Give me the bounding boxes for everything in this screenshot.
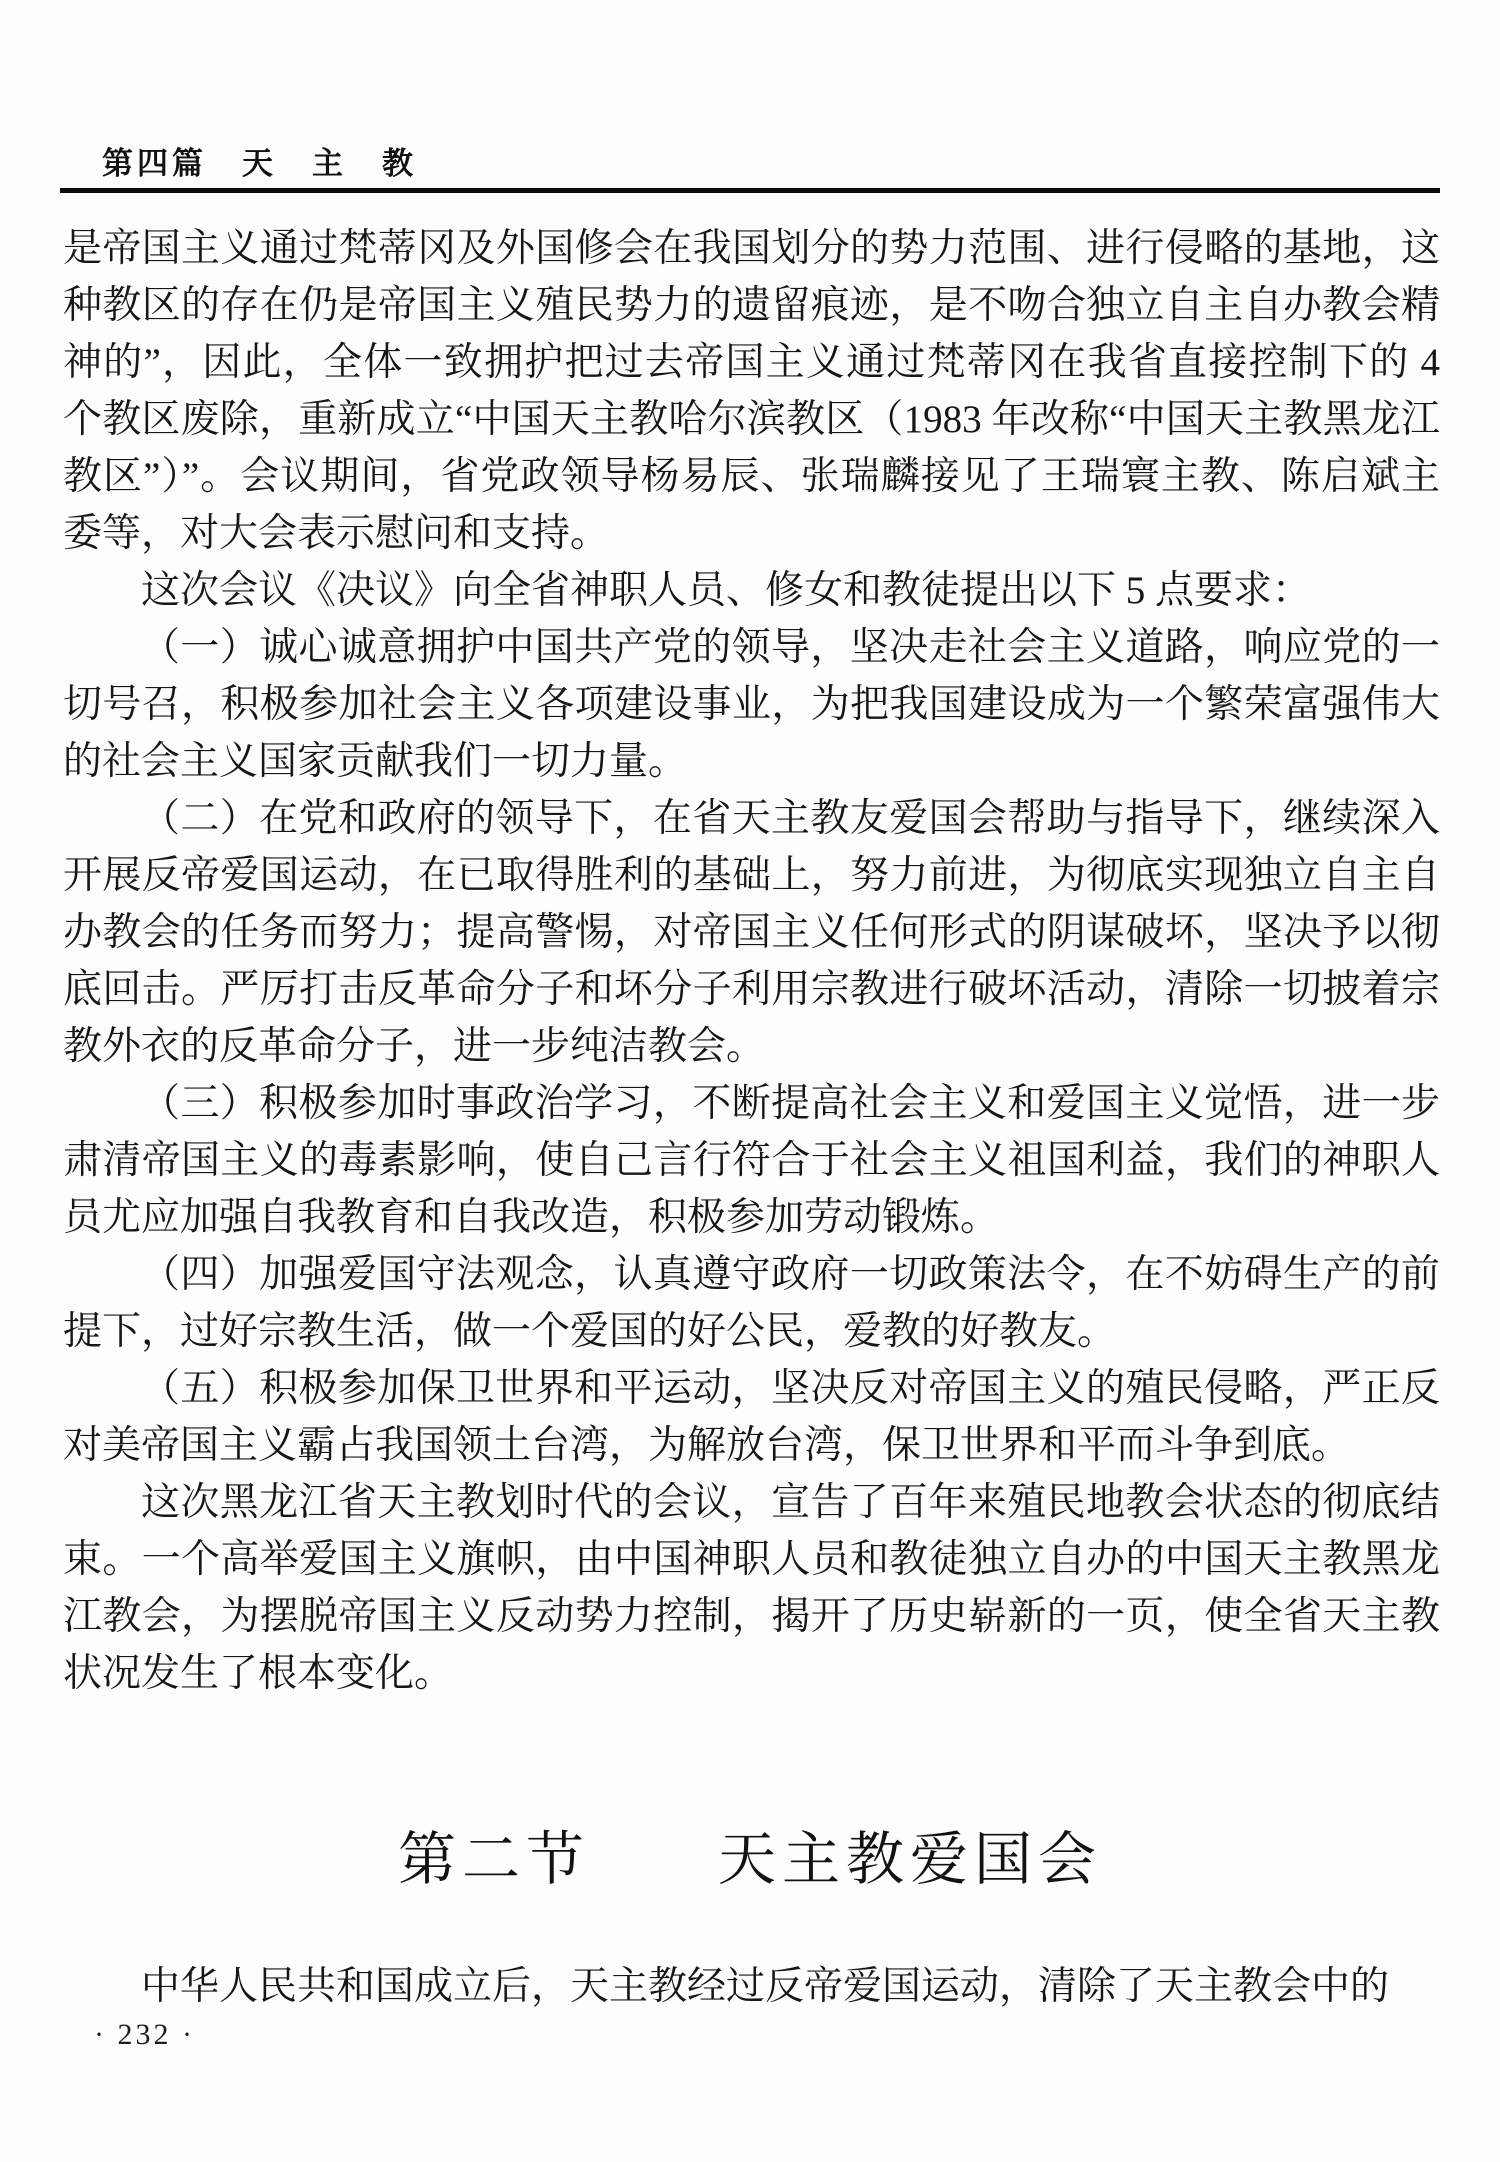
running-header: 第四篇 天 主 教 bbox=[102, 138, 417, 183]
paragraph-requirements-intro: 这次会议《决议》向全省神职人员、修女和教徒提出以下 5 点要求： bbox=[63, 562, 1440, 619]
paragraph-continuation: 是帝国主义通过梵蒂冈及外国修会在我国划分的势力范围、进行侵略的基地，这种教区的存… bbox=[63, 220, 1440, 562]
paragraph-point-4: （四）加强爱国守法观念，认真遵守政府一切政策法令，在不妨碍生产的前提下，过好宗教… bbox=[63, 1246, 1440, 1360]
paragraph-point-2: （二）在党和政府的领导下，在省天主教友爱国会帮助与指导下，继续深入开展反帝爱国运… bbox=[63, 790, 1440, 1075]
paragraph-point-5: （五）积极参加保卫世界和平运动，坚决反对帝国主义的殖民侵略，严正反对美帝国主义霸… bbox=[63, 1360, 1440, 1474]
body-text-block: 是帝国主义通过梵蒂冈及外国修会在我国划分的势力范围、进行侵略的基地，这种教区的存… bbox=[63, 220, 1440, 1702]
paragraph-point-1: （一）诚心诚意拥护中国共产党的领导，坚决走社会主义道路，响应党的一切号召，积极参… bbox=[63, 619, 1440, 790]
paragraph-point-3: （三）积极参加时事政治学习，不断提高社会主义和爱国主义觉悟，进一步肃清帝国主义的… bbox=[63, 1075, 1440, 1246]
next-section-opening-paragraph: 中华人民共和国成立后，天主教经过反帝爱国运动，清除了天主教会中的 bbox=[63, 1958, 1440, 2015]
header-rule-divider bbox=[60, 188, 1440, 193]
paragraph-conclusion: 这次黑龙江省天主教划时代的会议，宣告了百年来殖民地教会状态的彻底结束。一个高举爱… bbox=[63, 1474, 1440, 1702]
page-number: · 232 · bbox=[94, 2018, 195, 2052]
section-heading: 第二节 天主教爱国会 bbox=[0, 1812, 1500, 1896]
book-page: 第四篇 天 主 教 是帝国主义通过梵蒂冈及外国修会在我国划分的势力范围、进行侵略… bbox=[0, 0, 1500, 2162]
